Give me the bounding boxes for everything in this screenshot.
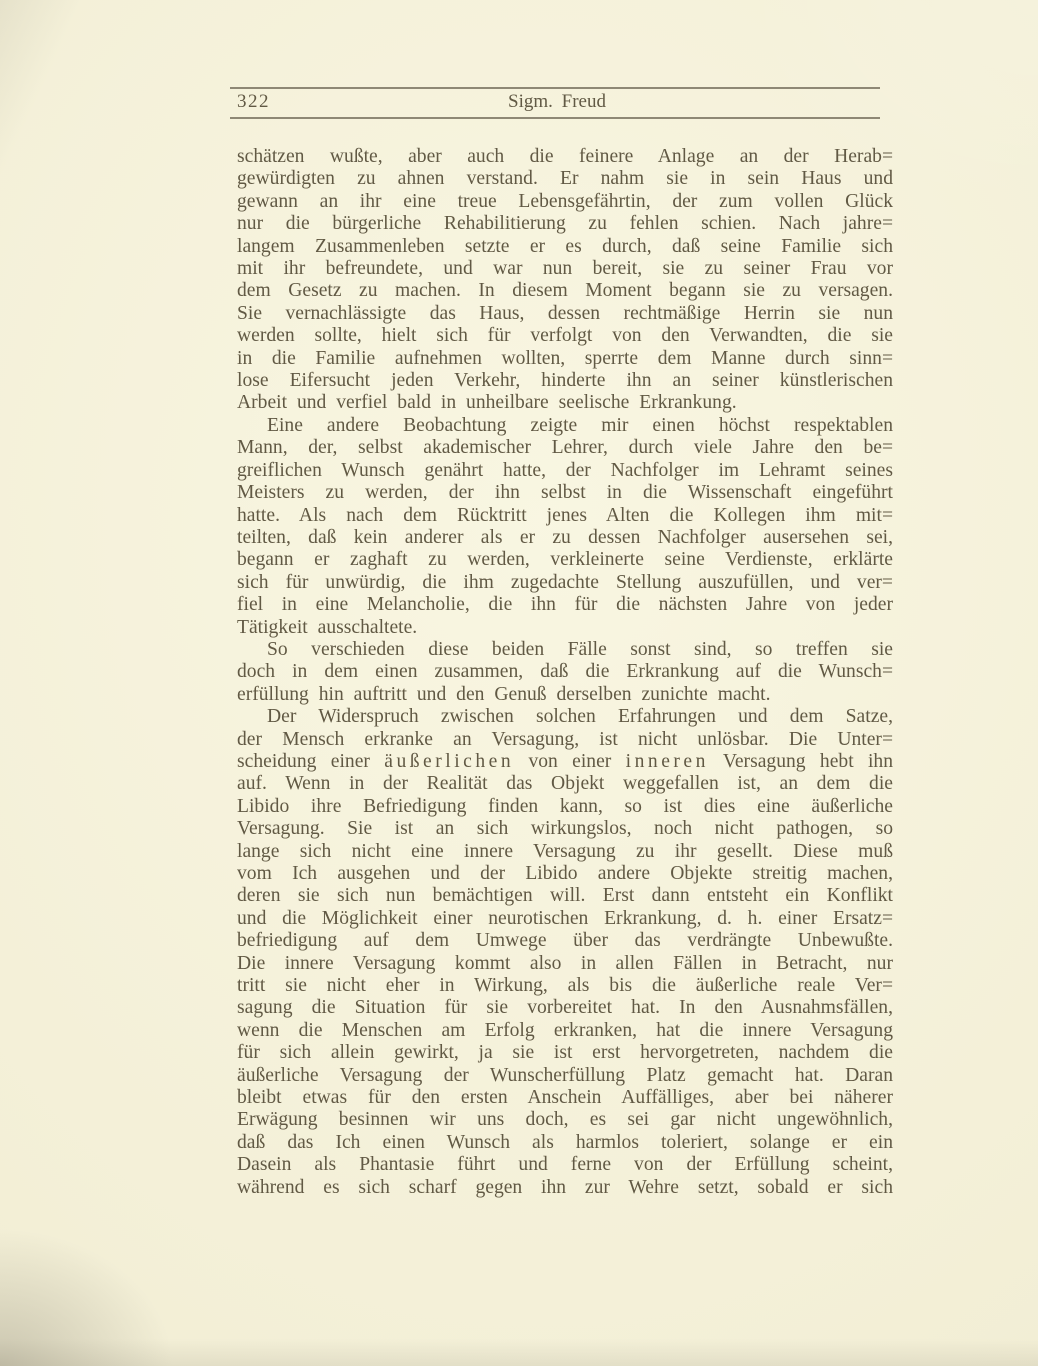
text-line: in die Familie aufnehmen wollten, sperrt…: [237, 348, 893, 370]
text-line: lose Eifersucht jeden Verkehr, hinderte …: [237, 370, 893, 392]
text-line: vom Ich ausgehen und der Libido andere O…: [237, 863, 893, 885]
text-line: und die Möglichkeit einer neurotischen E…: [237, 908, 893, 930]
text-line: scheidung einer äußerlichen von einer in…: [237, 751, 893, 773]
emphasized-word: inneren: [626, 751, 709, 772]
text-line: Die innere Versagung kommt also in allen…: [237, 953, 893, 975]
paragraph: Der Widerspruch zwischen solchen Erfahru…: [237, 706, 893, 1199]
text-line: greiflichen Wunsch genährt hatte, der Na…: [237, 460, 893, 482]
text-line: Erwägung besinnen wir uns doch, es sei g…: [237, 1109, 893, 1131]
text-line: Meisters zu werden, der ihn selbst in di…: [237, 482, 893, 504]
text-line: Versagung. Sie ist an sich wirkungslos, …: [237, 818, 893, 840]
text-line: erfüllung hin auftritt und den Genuß der…: [237, 684, 893, 706]
text-line: So verschieden diese beiden Fälle sonst …: [237, 639, 893, 661]
running-title: Sigm. Freud: [237, 91, 877, 113]
text-line: schätzen wußte, aber auch die feinere An…: [237, 146, 893, 168]
text-line: teilten, daß kein anderer als er zu dess…: [237, 527, 893, 549]
text-line: sagung die Situation für sie vorbereitet…: [237, 997, 893, 1019]
text-line: wenn die Menschen am Erfolg erkranken, h…: [237, 1020, 893, 1042]
text-line: fiel in eine Melancholie, die ihn für di…: [237, 594, 893, 616]
text-line: dem Gesetz zu machen. In diesem Moment b…: [237, 280, 893, 302]
text-line: äußerliche Versagung der Wunscherfüllung…: [237, 1065, 893, 1087]
text-line: Arbeit und verfiel bald in unheilbare se…: [237, 392, 893, 414]
body-text: schätzen wußte, aber auch die feinere An…: [237, 146, 893, 1199]
text-line: begann er zaghaft zu werden, verkleinert…: [237, 549, 893, 571]
text-line: werden sollte, hielt sich für verfolgt v…: [237, 325, 893, 347]
text-line: Sie vernachlässigte das Haus, dessen rec…: [237, 303, 893, 325]
text-line: lange sich nicht eine innere Versagung z…: [237, 841, 893, 863]
text-line: Mann, der, selbst akademischer Lehrer, d…: [237, 437, 893, 459]
text-segment: von einer: [514, 751, 626, 772]
text-line: für sich allein gewirkt, ja sie ist erst…: [237, 1042, 893, 1064]
text-line: gewann an ihr eine treue Lebensgefährtin…: [237, 191, 893, 213]
text-line: gewürdigten zu ahnen verstand. Er nahm s…: [237, 168, 893, 190]
text-line: während es sich scharf gegen ihn zur Weh…: [237, 1177, 893, 1199]
text-line: Eine andere Beobachtung zeigte mir einen…: [237, 415, 893, 437]
text-line: daß das Ich einen Wunsch als harmlos tol…: [237, 1132, 893, 1154]
text-line: auf. Wenn in der Realität das Objekt weg…: [237, 773, 893, 795]
paragraph: So verschieden diese beiden Fälle sonst …: [237, 639, 893, 706]
text-line: hatte. Als nach dem Rücktritt jenes Alte…: [237, 505, 893, 527]
header-rule-top: [230, 87, 880, 89]
header-rule-bottom: [230, 117, 880, 119]
text-line: der Mensch erkranke an Versagung, ist ni…: [237, 729, 893, 751]
scanned-book-page: 322 Sigm. Freud schätzen wußte, aber auc…: [0, 0, 1038, 1366]
paragraph: Eine andere Beobachtung zeigte mir einen…: [237, 415, 893, 639]
text-line: bleibt etwas für den ersten Anschein Auf…: [237, 1087, 893, 1109]
text-line: doch in dem einen zusammen, daß die Erkr…: [237, 661, 893, 683]
text-line: langem Zusammenleben setzte er es durch,…: [237, 236, 893, 258]
paragraph: schätzen wußte, aber auch die feinere An…: [237, 146, 893, 415]
text-line: Dasein als Phantasie führt und ferne von…: [237, 1154, 893, 1176]
text-line: deren sie sich nun bemächtigen will. Ers…: [237, 885, 893, 907]
text-line: Tätigkeit ausschaltete.: [237, 617, 893, 639]
page-header: 322 Sigm. Freud: [237, 91, 887, 115]
text-line: tritt sie nicht eher in Wirkung, als bis…: [237, 975, 893, 997]
text-line: sich für unwürdig, die ihm zugedachte St…: [237, 572, 893, 594]
text-line: befriedigung auf dem Umwege über das ver…: [237, 930, 893, 952]
text-line: Der Widerspruch zwischen solchen Erfahru…: [237, 706, 893, 728]
text-line: nur die bürgerliche Rehabilitierung zu f…: [237, 213, 893, 235]
emphasized-word: äußerlichen: [384, 751, 514, 772]
text-segment: scheidung einer: [237, 751, 384, 772]
text-segment: Versagung hebt ihn: [709, 751, 893, 772]
text-line: Libido ihre Befriedigung finden kann, so…: [237, 796, 893, 818]
text-line: mit ihr befreundete, und war nun bereit,…: [237, 258, 893, 280]
